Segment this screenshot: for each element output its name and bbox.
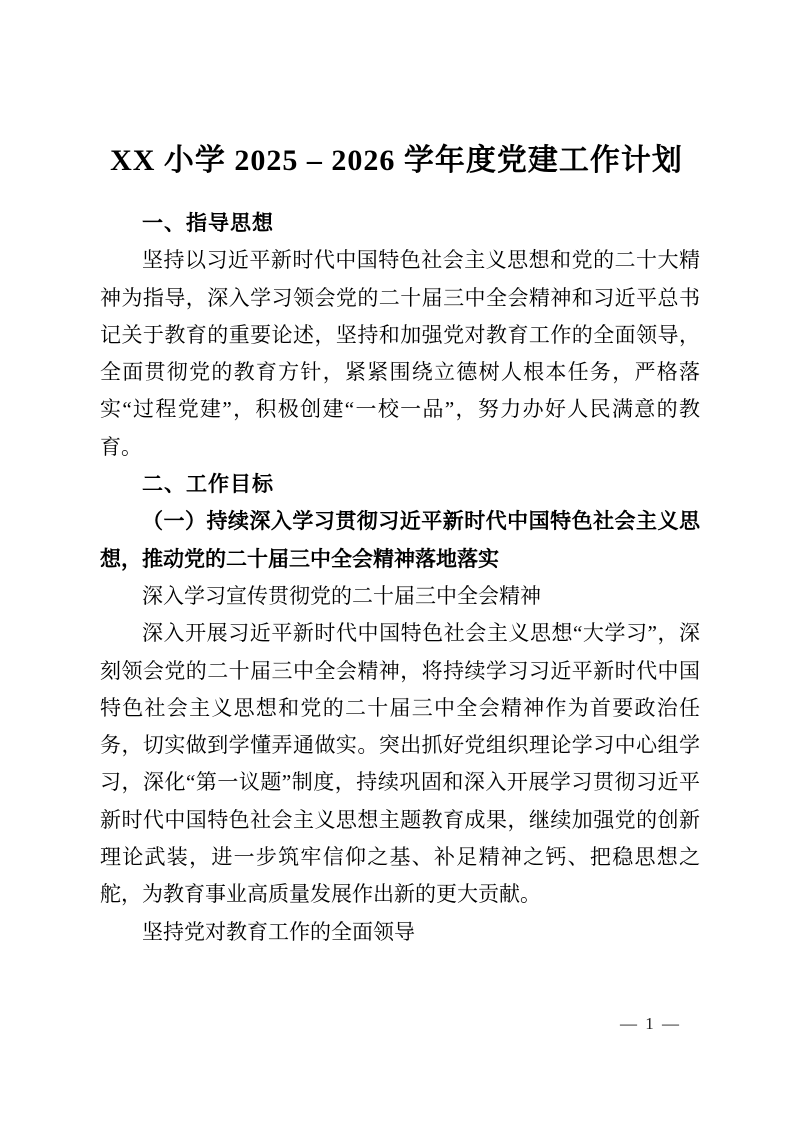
sub-heading-study-implement-thought: （一）持续深入学习贯彻习近平新时代中国特色社会主义思想，推动党的二十届三中全会精… bbox=[100, 503, 700, 578]
document-body: 一、指导思想 坚持以习近平新时代中国特色社会主义思想和党的二十大精神为指导，深入… bbox=[100, 205, 700, 951]
document-page: XX 小学 2025 – 2026 学年度党建工作计划 一、指导思想 坚持以习近… bbox=[0, 0, 793, 1122]
kai-line-study-plenary-spirit: 深入学习宣传贯彻党的二十届三中全会精神 bbox=[100, 578, 700, 615]
section-heading-guiding-ideology: 一、指导思想 bbox=[100, 205, 700, 242]
page-number: — 1 — bbox=[620, 1012, 681, 1036]
section-heading-work-goals: 二、工作目标 bbox=[100, 466, 700, 503]
paragraph-guiding-ideology: 坚持以习近平新时代中国特色社会主义思想和党的二十大精神为指导，深入学习领会党的二… bbox=[100, 242, 700, 466]
document-title: XX 小学 2025 – 2026 学年度党建工作计划 bbox=[0, 138, 793, 184]
kai-line-party-leadership-education: 坚持党对教育工作的全面领导 bbox=[100, 914, 700, 951]
paragraph-study-campaign: 深入开展习近平新时代中国特色社会主义思想“大学习”，深刻领会党的二十届三中全会精… bbox=[100, 615, 700, 913]
